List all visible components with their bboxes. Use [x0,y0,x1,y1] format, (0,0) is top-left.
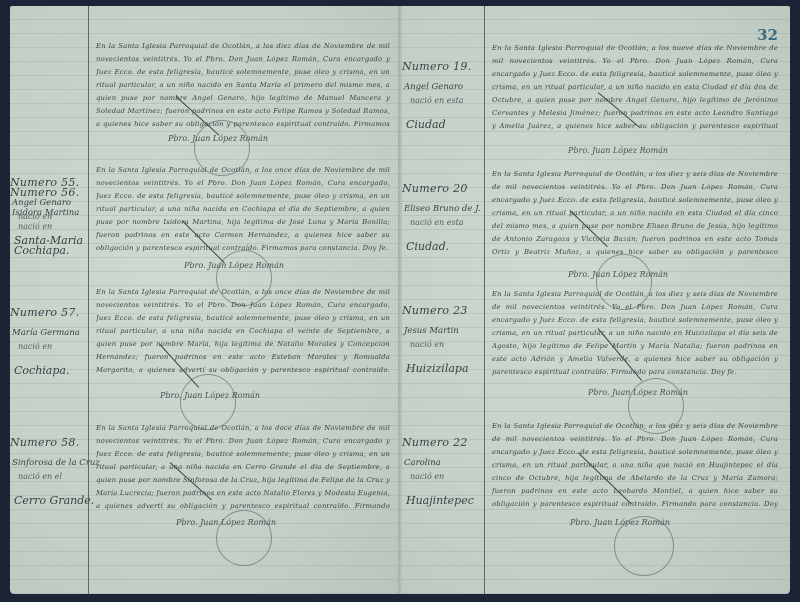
margin-rule [484,6,485,594]
entry-text: En la Santa Iglesia Parroquial de Ocotlá… [96,286,390,378]
entry-place: Ciudad [406,118,446,131]
entry-place: Huajintepec [406,494,474,507]
entry-born-label: nació en esta [410,96,464,105]
entry-number: Numero 20 [402,182,468,195]
entry-place: Huizizilapa [406,362,469,375]
entry-name: María Germana [12,328,80,338]
entry-born-label: nació en [410,472,444,481]
entry-number: Numero 23 [402,304,468,317]
parish-seal [614,516,674,576]
entry-text: En la Santa Iglesia Parroquial de Ocotlá… [492,420,778,512]
entry-name: Angel Genaro [12,198,71,208]
entry-name: Sinforosa de la Cruz [12,458,100,468]
right-page: 32 Numero 19. Angel Genaro nació en esta… [402,6,790,594]
entry-born-label: nació en esta [410,218,464,227]
entry-born-label: nació en [18,222,52,231]
entry-text: En la Santa Iglesia Parroquial de Ocotlá… [96,422,390,514]
entry-text: En la Santa Iglesia Parroquial de Ocotlá… [492,42,778,134]
parish-seal [216,510,272,566]
entry-name: Jesus Martin [404,326,459,336]
entry-place: Ciudad. [406,240,449,253]
priest-signature: Pbro. Juan López Román [568,146,668,155]
entry-number: Numero 22 [402,436,468,449]
entry-text: En la Santa Iglesia Parroquial de Ocotlá… [492,288,778,380]
entry-text: En la Santa Iglesia Parroquial de Ocotlá… [96,40,390,132]
entry-name: Isidora Martina [12,208,79,218]
entry-number: Numero 57. [10,306,80,319]
entry-born-label: nació en el [18,472,62,481]
entry-number: Numero 58. [10,436,80,449]
entry-place: Cochiapa. [14,244,69,257]
left-page: Numero 55. Angel Genaro nacio en Santa-M… [10,6,400,594]
entry-born-label: nació en [410,340,444,349]
entry-name: Angel Genaro [404,82,463,92]
entry-name: Carolina [404,458,441,468]
entry-born-label: nació en [18,342,52,351]
entry-name: Eliseo Bruno de J. [404,204,481,214]
entry-text: En la Santa Iglesia Parroquial de Ocotlá… [492,168,778,260]
entry-place: Cerro Grande. [14,494,94,507]
entry-text: En la Santa Iglesia Parroquial de Ocotlá… [96,164,390,256]
entry-number: Numero 19. [402,60,472,73]
entry-number: Numero 56. [10,186,80,199]
entry-place: Cochiapa. [14,364,69,377]
